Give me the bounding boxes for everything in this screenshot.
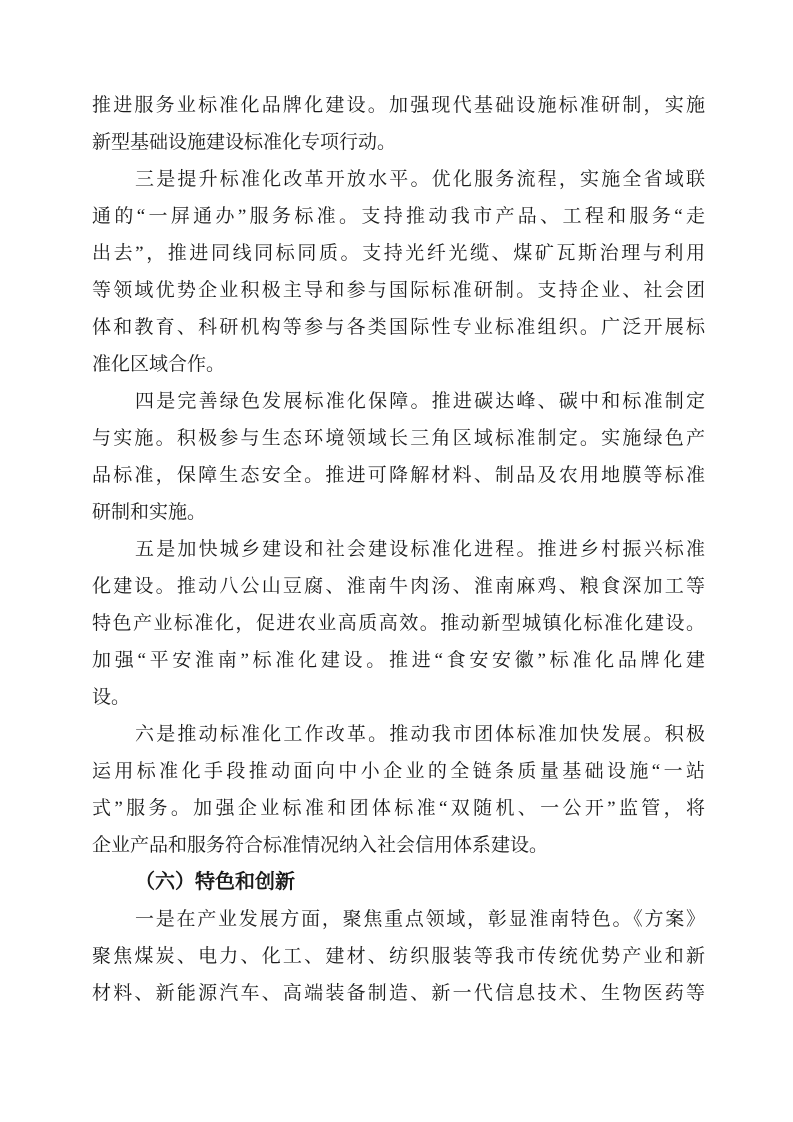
text-line: 一是在产业发展方面，聚焦重点领域，彰显淮南特色。《方案》 xyxy=(92,901,705,938)
text-line: 化建设。推动八公山豆腐、淮南牛肉汤、淮南麻鸡、粮食深加工等 xyxy=(92,568,705,605)
text-line: 准化区域合作。 xyxy=(92,346,705,383)
document-page: 推进服务业标准化品牌化建设。加强现代基础设施标准研制，实施 新型基础设施建设标准… xyxy=(0,0,793,1122)
page-body: 推进服务业标准化品牌化建设。加强现代基础设施标准研制，实施 新型基础设施建设标准… xyxy=(92,87,705,1012)
text-line: 新型基础设施建设标准化专项行动。 xyxy=(92,124,705,161)
text-line: 六是推动标准化工作改革。推动我市团体标准加快发展。积极 xyxy=(92,716,705,753)
section-heading: （六）特色和创新 xyxy=(92,864,705,901)
text-line: 品标准，保障生态安全。推进可降解材料、制品及农用地膜等标准 xyxy=(92,457,705,494)
text-line: 出去”，推进同线同标同质。支持光纤光缆、煤矿瓦斯治理与利用 xyxy=(92,235,705,272)
text-line: 通的“一屏通办”服务标准。支持推动我市产品、工程和服务“走 xyxy=(92,198,705,235)
text-line: 推进服务业标准化品牌化建设。加强现代基础设施标准研制，实施 xyxy=(92,87,705,124)
text-line: 企业产品和服务符合标准情况纳入社会信用体系建设。 xyxy=(92,827,705,864)
text-line: 等领域优势企业积极主导和参与国际标准研制。支持企业、社会团 xyxy=(92,272,705,309)
text-line: 与实施。积极参与生态环境领域长三角区域标准制定。实施绿色产 xyxy=(92,420,705,457)
text-line: 式”服务。加强企业标准和团体标准“双随机、一公开”监管，将 xyxy=(92,790,705,827)
text-line: 聚焦煤炭、电力、化工、建材、纺织服装等我市传统优势产业和新 xyxy=(92,938,705,975)
text-line: 设。 xyxy=(92,679,705,716)
text-line: 五是加快城乡建设和社会建设标准化进程。推进乡村振兴标准 xyxy=(92,531,705,568)
text-line: 体和教育、科研机构等参与各类国际性专业标准组织。广泛开展标 xyxy=(92,309,705,346)
text-line: 四是完善绿色发展标准化保障。推进碳达峰、碳中和标准制定 xyxy=(92,383,705,420)
text-line: 加强“平安淮南”标准化建设。推进“食安安徽”标准化品牌化建 xyxy=(92,642,705,679)
text-line: 研制和实施。 xyxy=(92,494,705,531)
text-line: 三是提升标准化改革开放水平。优化服务流程，实施全省域联 xyxy=(92,161,705,198)
text-line: 材料、新能源汽车、高端装备制造、新一代信息技术、生物医药等 xyxy=(92,975,705,1012)
text-line: 特色产业标准化，促进农业高质高效。推动新型城镇化标准化建设。 xyxy=(92,605,705,642)
text-line: 运用标准化手段推动面向中小企业的全链条质量基础设施“一站 xyxy=(92,753,705,790)
